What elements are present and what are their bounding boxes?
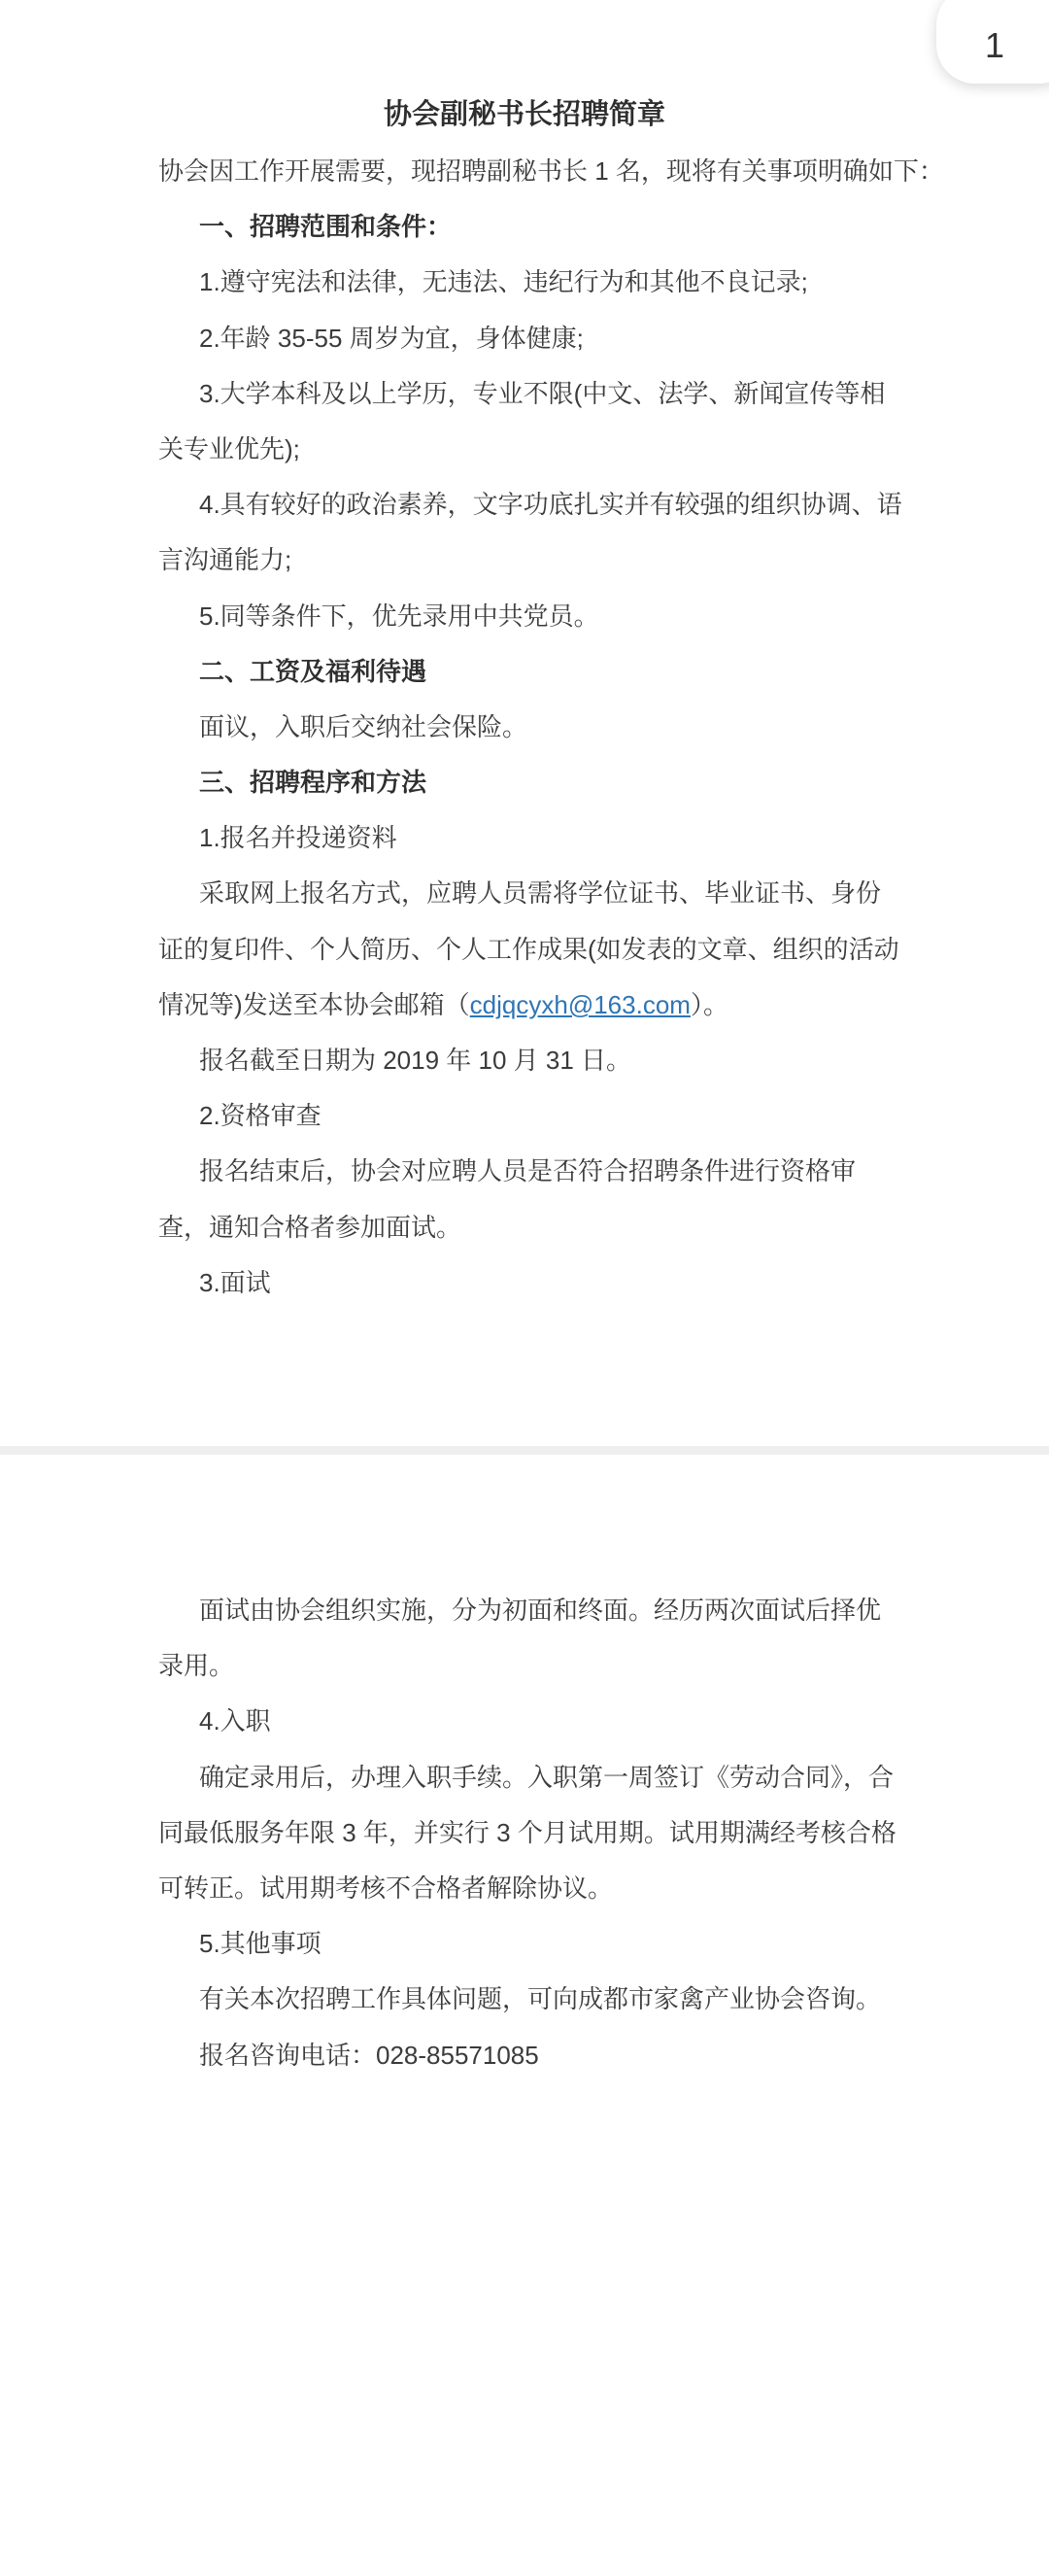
doc-line: 关专业优先);: [158, 422, 926, 477]
doc-line: 报名咨询电话：028-85571085: [158, 2028, 926, 2083]
doc-line: 采取网上报名方式，应聘人员需将学位证书、毕业证书、身份: [158, 866, 926, 921]
doc-line: 可转正。试用期考核不合格者解除协议。: [158, 1861, 926, 1916]
doc-title: 协会副秘书长招聘简章: [0, 87, 1049, 143]
email-line-suffix: ）。: [691, 990, 728, 1019]
doc-line: 3.面试: [158, 1255, 926, 1311]
page1-text-block: 协会因工作开展需要，现招聘副秘书长 1 名，现将有关事项明确如下： 一、招聘范围…: [158, 144, 926, 1311]
doc-line: 4.具有较好的政治素养，文字功底扎实并有较强的组织协调、语: [158, 477, 926, 532]
doc-line: 同最低服务年限 3 年，并实行 3 个月试用期。试用期满经考核合格: [158, 1805, 926, 1861]
doc-line: 面议，入职后交纳社会保险。: [158, 700, 926, 755]
doc-page-1: 协会副秘书长招聘简章 协会因工作开展需要，现招聘副秘书长 1 名，现将有关事项明…: [0, 0, 1049, 1446]
doc-line: 录用。: [158, 1638, 926, 1694]
doc-line: 2.资格审查: [158, 1088, 926, 1144]
page-number-label: 1: [985, 4, 1030, 66]
email-link[interactable]: cdjqcyxh@163.com: [470, 990, 691, 1019]
doc-line: 4.入职: [158, 1694, 926, 1749]
doc-line: 协会因工作开展需要，现招聘副秘书长 1 名，现将有关事项明确如下：: [158, 144, 926, 199]
doc-line: 报名结束后，协会对应聘人员是否符合招聘条件进行资格审: [158, 1144, 926, 1199]
doc-heading-1: 一、招聘范围和条件：: [158, 199, 926, 255]
email-line-prefix: 情况等)发送至本协会邮箱（: [158, 990, 470, 1019]
doc-line: 查，通知合格者参加面试。: [158, 1200, 926, 1255]
doc-line: 面试由协会组织实施，分为初面和终面。经历两次面试后择优: [158, 1583, 926, 1638]
doc-page-2: 面试由协会组织实施，分为初面和终面。经历两次面试后择优 录用。 4.入职 确定录…: [0, 1455, 1049, 2576]
doc-line: 2.年龄 35-55 周岁为宜，身体健康;: [158, 311, 926, 366]
doc-line: 1.报名并投递资料: [158, 810, 926, 866]
doc-line: 证的复印件、个人简历、个人工作成果(如发表的文章、组织的活动: [158, 922, 926, 978]
doc-heading-3: 三、招聘程序和方法: [158, 755, 926, 810]
doc-line: 确定录用后，办理入职手续。入职第一周签订《劳动合同》，合: [158, 1750, 926, 1805]
doc-line: 5.其他事项: [158, 1916, 926, 1972]
doc-line: 3.大学本科及以上学历，专业不限(中文、法学、新闻宣传等相: [158, 366, 926, 422]
doc-line: 1.遵守宪法和法律，无违法、违纪行为和其他不良记录;: [158, 255, 926, 310]
doc-line-email: 情况等)发送至本协会邮箱（cdjqcyxh@163.com）。: [158, 978, 926, 1033]
page-number-badge: 1: [936, 0, 1049, 84]
doc-line: 有关本次招聘工作具体问题，可向成都市家禽产业协会咨询。: [158, 1972, 926, 2027]
page2-text-block: 面试由协会组织实施，分为初面和终面。经历两次面试后择优 录用。 4.入职 确定录…: [158, 1583, 926, 2083]
doc-line: 报名截至日期为 2019 年 10 月 31 日。: [158, 1033, 926, 1088]
doc-line: 言沟通能力;: [158, 532, 926, 588]
doc-heading-2: 二、工资及福利待遇: [158, 644, 926, 700]
document-viewer: 协会副秘书长招聘简章 协会因工作开展需要，现招聘副秘书长 1 名，现将有关事项明…: [0, 0, 1049, 2576]
doc-line: 5.同等条件下，优先录用中共党员。: [158, 589, 926, 644]
page-separator: [0, 1446, 1049, 1455]
